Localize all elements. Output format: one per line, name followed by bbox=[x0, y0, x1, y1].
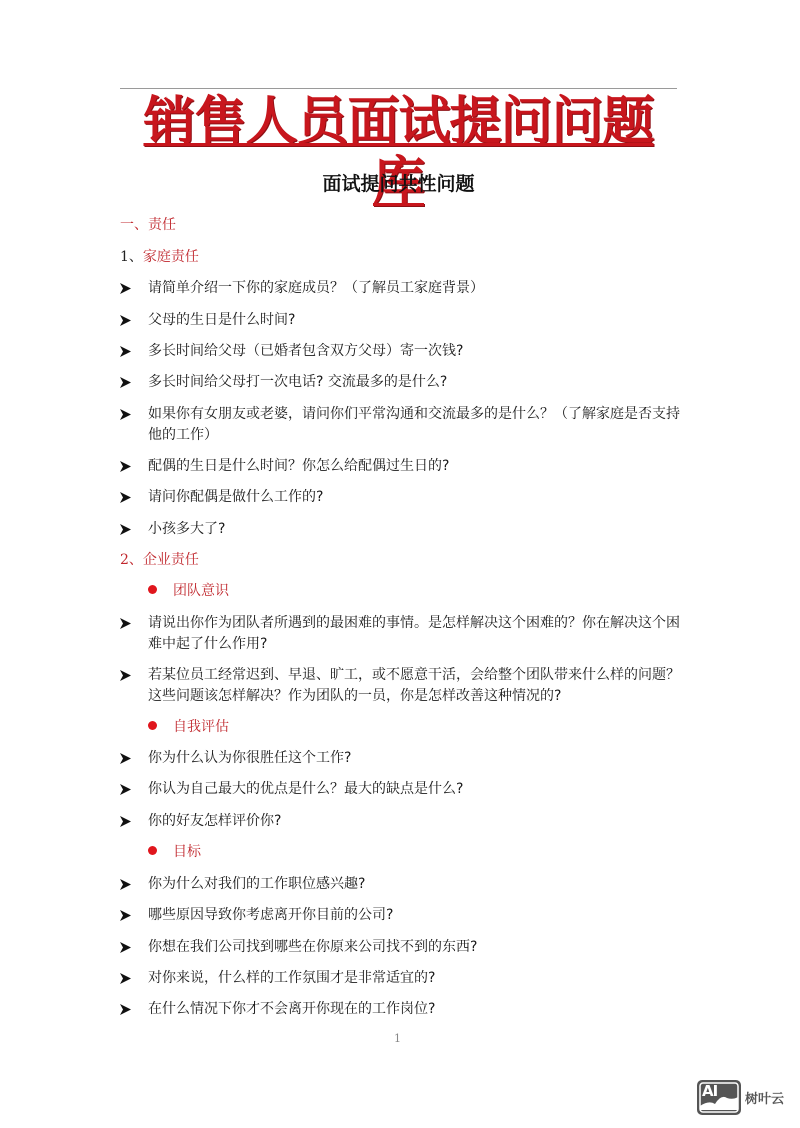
question-text: 若某位员工经常迟到、早退、旷工，或不愿意干活，会给整个团队带来什么样的问题？这些… bbox=[148, 665, 680, 707]
topic-heading-teamwork: 团队意识 bbox=[148, 581, 229, 602]
topic-label: 目标 bbox=[173, 844, 201, 860]
question-item: 配偶的生日是什么时间？你怎么给配偶过生日的? bbox=[120, 456, 680, 477]
question-item: 哪些原因导致你考虑离开你目前的公司? bbox=[120, 905, 680, 926]
question-text: 对你来说，什么样的工作氛围才是非常适宜的? bbox=[148, 968, 680, 989]
arrow-bullet-icon bbox=[120, 748, 132, 769]
question-text: 父母的生日是什么时间? bbox=[148, 310, 680, 331]
arrow-bullet-icon bbox=[120, 456, 132, 477]
question-item: 多长时间给父母打一次电话? 交流最多的是什么? bbox=[120, 372, 680, 393]
arrow-bullet-icon bbox=[120, 404, 132, 425]
question-item: 你想在我们公司找到哪些在你原来公司找不到的东西? bbox=[120, 937, 680, 958]
arrow-bullet-icon bbox=[120, 613, 132, 634]
question-text: 你为什么认为你很胜任这个工作? bbox=[148, 748, 680, 769]
question-text: 配偶的生日是什么时间？你怎么给配偶过生日的? bbox=[148, 456, 680, 477]
question-item: 请说出你作为团队者所遇到的最困难的事情。是怎样解决这个困难的？你在解决这个困难中… bbox=[120, 613, 680, 655]
section-subtitle: 面试提问共性问题 bbox=[120, 170, 677, 198]
watermark: AI 树叶云 bbox=[697, 1080, 784, 1115]
question-text: 小孩多大了? bbox=[148, 519, 680, 540]
watermark-brand: 树叶云 bbox=[745, 1088, 784, 1107]
subheading-label: 企业责任 bbox=[143, 552, 199, 568]
question-text: 多长时间给父母（已婚者包含双方父母）寄一次钱? bbox=[148, 341, 680, 362]
red-dot-bullet-icon bbox=[148, 846, 157, 855]
question-text: 你认为自己最大的优点是什么？最大的缺点是什么? bbox=[148, 779, 680, 800]
question-item: 你为什么认为你很胜任这个工作? bbox=[120, 748, 680, 769]
subheading-number: 2、 bbox=[120, 552, 143, 568]
arrow-bullet-icon bbox=[120, 968, 132, 989]
document-page: 销售人员面试提问问题库 面试提问共性问题 一、责任 1、家庭责任 请简单介绍一下… bbox=[0, 0, 800, 1128]
question-item: 请简单介绍一下你的家庭成员？（了解员工家庭背景） bbox=[120, 278, 680, 299]
arrow-bullet-icon bbox=[120, 341, 132, 362]
topic-heading-self-evaluation: 自我评估 bbox=[148, 717, 229, 738]
subheading-label: 家庭责任 bbox=[143, 249, 199, 265]
question-text: 哪些原因导致你考虑离开你目前的公司? bbox=[148, 905, 680, 926]
landscape-image-icon: AI bbox=[697, 1080, 741, 1115]
page-number: 1 bbox=[394, 1032, 401, 1045]
red-dot-bullet-icon bbox=[148, 585, 157, 594]
topic-label: 团队意识 bbox=[173, 583, 229, 599]
question-text: 你想在我们公司找到哪些在你原来公司找不到的东西? bbox=[148, 937, 680, 958]
header-rule bbox=[120, 88, 677, 89]
question-text: 请说出你作为团队者所遇到的最困难的事情。是怎样解决这个困难的？你在解决这个困难中… bbox=[148, 613, 680, 655]
red-dot-bullet-icon bbox=[148, 721, 157, 730]
topic-label: 自我评估 bbox=[173, 719, 229, 735]
question-item: 多长时间给父母（已婚者包含双方父母）寄一次钱? bbox=[120, 341, 680, 362]
arrow-bullet-icon bbox=[120, 779, 132, 800]
question-text: 请问你配偶是做什么工作的? bbox=[148, 487, 680, 508]
question-item: 小孩多大了? bbox=[120, 519, 680, 540]
question-text: 在什么情况下你才不会离开你现在的工作岗位? bbox=[148, 999, 680, 1020]
arrow-bullet-icon bbox=[120, 811, 132, 832]
arrow-bullet-icon bbox=[120, 999, 132, 1020]
subheading-family-responsibility: 1、家庭责任 bbox=[120, 247, 199, 268]
subheading-enterprise-responsibility: 2、企业责任 bbox=[120, 550, 199, 571]
question-item: 你为什么对我们的工作职位感兴趣? bbox=[120, 874, 680, 895]
section-heading-responsibility: 一、责任 bbox=[120, 215, 176, 236]
question-item: 如果你有女朋友或老婆，请问你们平常沟通和交流最多的是什么？（了解家庭是否支持他的… bbox=[120, 404, 680, 446]
topic-heading-goals: 目标 bbox=[148, 842, 201, 863]
question-item: 父母的生日是什么时间? bbox=[120, 310, 680, 331]
question-item: 若某位员工经常迟到、早退、旷工，或不愿意干活，会给整个团队带来什么样的问题？这些… bbox=[120, 665, 680, 707]
question-text: 你的好友怎样评价你? bbox=[148, 811, 680, 832]
arrow-bullet-icon bbox=[120, 937, 132, 958]
arrow-bullet-icon bbox=[120, 874, 132, 895]
question-item: 你的好友怎样评价你? bbox=[120, 811, 680, 832]
arrow-bullet-icon bbox=[120, 519, 132, 540]
question-text: 你为什么对我们的工作职位感兴趣? bbox=[148, 874, 680, 895]
arrow-bullet-icon bbox=[120, 372, 132, 393]
arrow-bullet-icon bbox=[120, 310, 132, 331]
question-item: 你认为自己最大的优点是什么？最大的缺点是什么? bbox=[120, 779, 680, 800]
subheading-number: 1、 bbox=[120, 249, 143, 265]
arrow-bullet-icon bbox=[120, 278, 132, 299]
question-text: 多长时间给父母打一次电话? 交流最多的是什么? bbox=[148, 372, 680, 393]
question-text: 请简单介绍一下你的家庭成员？（了解员工家庭背景） bbox=[148, 278, 680, 299]
question-item: 对你来说，什么样的工作氛围才是非常适宜的? bbox=[120, 968, 680, 989]
arrow-bullet-icon bbox=[120, 665, 132, 686]
arrow-bullet-icon bbox=[120, 905, 132, 926]
question-item: 请问你配偶是做什么工作的? bbox=[120, 487, 680, 508]
question-item: 在什么情况下你才不会离开你现在的工作岗位? bbox=[120, 999, 680, 1020]
arrow-bullet-icon bbox=[120, 487, 132, 508]
question-text: 如果你有女朋友或老婆，请问你们平常沟通和交流最多的是什么？（了解家庭是否支持他的… bbox=[148, 404, 680, 446]
